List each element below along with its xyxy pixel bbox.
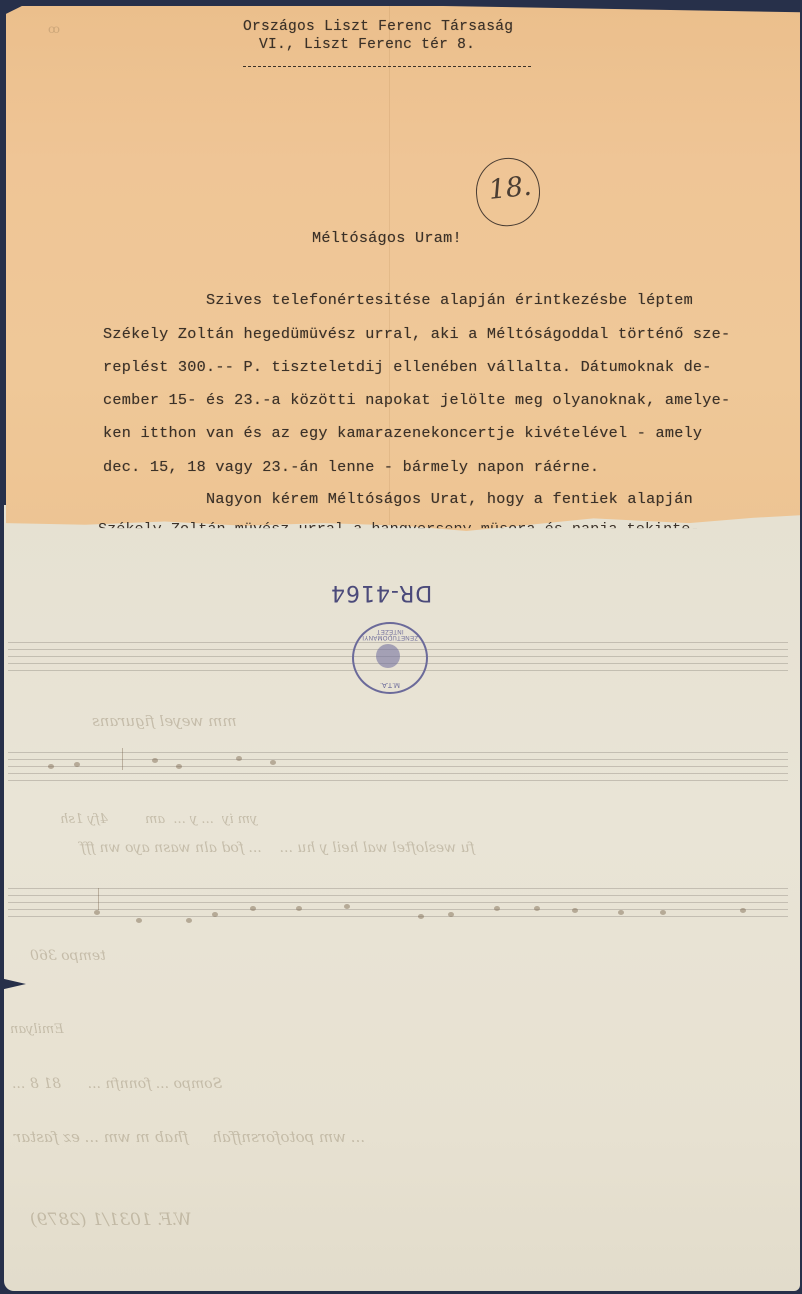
stamp-emblem-icon — [376, 644, 400, 668]
music-note — [176, 764, 182, 769]
body-line: dec. 15, 18 vagy 23.-án lenne - bármely … — [103, 458, 599, 476]
music-note — [572, 908, 578, 913]
archive-call-number: DR-4164 — [330, 580, 432, 605]
music-note — [236, 756, 242, 761]
typed-letter-sheet — [6, 6, 800, 531]
music-note — [494, 906, 500, 911]
item-number-text: 18. — [487, 171, 533, 206]
music-note — [136, 918, 142, 923]
bleed-through-handwriting: mm weyel figurans — [92, 712, 237, 730]
music-note — [48, 764, 54, 769]
music-staff — [8, 752, 788, 780]
music-staff — [8, 888, 788, 916]
music-note — [534, 906, 540, 911]
body-line: ken itthon van és az egy kamarazenekonce… — [103, 424, 702, 442]
stamp-bottom-text: M.T.A. — [354, 681, 426, 688]
music-note — [448, 912, 454, 917]
bleed-through-handwriting: Sompo ... fonnfn ... 81 8 ... — [12, 1076, 222, 1092]
music-note — [250, 906, 256, 911]
music-note — [152, 758, 158, 763]
bleed-through-handwriting: ym iy ... y ... am 4fy 1sh — [60, 812, 299, 827]
bleed-through-handwriting: fu wesloftel wal heil y hu ... ... fod a… — [80, 840, 475, 856]
music-note — [186, 918, 192, 923]
music-note — [660, 910, 666, 915]
fold-line — [389, 6, 390, 531]
scanned-document: mm weyel figurans fu wesloftel wal heil … — [0, 0, 802, 1294]
music-note — [212, 912, 218, 917]
music-note — [94, 910, 100, 915]
music-note — [74, 762, 80, 767]
institute-stamp: ZENETUDOMÁNYI INTÉZET M.T.A. — [352, 622, 428, 694]
pencil-mark: ꝏ — [48, 22, 60, 36]
body-line: Nagyon kérem Méltóságos Urat, hogy a fen… — [103, 490, 693, 508]
bleed-through-handwriting: tempo 360 — [30, 948, 106, 964]
paper-tear — [0, 978, 26, 990]
bleed-through-handwriting: ... wm potoforsnffah fhab m wm ... ez fa… — [14, 1128, 365, 1146]
music-note — [296, 906, 302, 911]
body-line: Székely Zoltán hegedümüvész urral, aki a… — [103, 325, 730, 343]
bleed-through-handwriting: W.F. 1031/1 (2879) — [30, 1210, 192, 1230]
music-note — [418, 914, 424, 919]
salutation: Méltóságos Uram! — [312, 229, 462, 247]
letterhead-organization: Országos Liszt Ferenc Társaság — [243, 19, 513, 35]
stamp-ring-text: ZENETUDOMÁNYI INTÉZET — [354, 628, 426, 640]
music-note — [344, 904, 350, 909]
letterhead-address: VI., Liszt Ferenc tér 8. — [259, 37, 475, 53]
music-note — [98, 888, 99, 910]
body-line: Szives telefonértesitése alapján érintke… — [103, 291, 693, 309]
body-line: replést 300.-- P. tiszteletdij ellenében… — [103, 358, 712, 376]
music-note — [740, 908, 746, 913]
letterhead-rule — [243, 66, 531, 67]
body-line: cember 15- és 23.-a közötti napokat jelö… — [103, 391, 730, 409]
bleed-through-handwriting: Emilyan — [10, 1022, 64, 1037]
music-note — [122, 748, 123, 770]
music-note — [618, 910, 624, 915]
music-note — [270, 760, 276, 765]
